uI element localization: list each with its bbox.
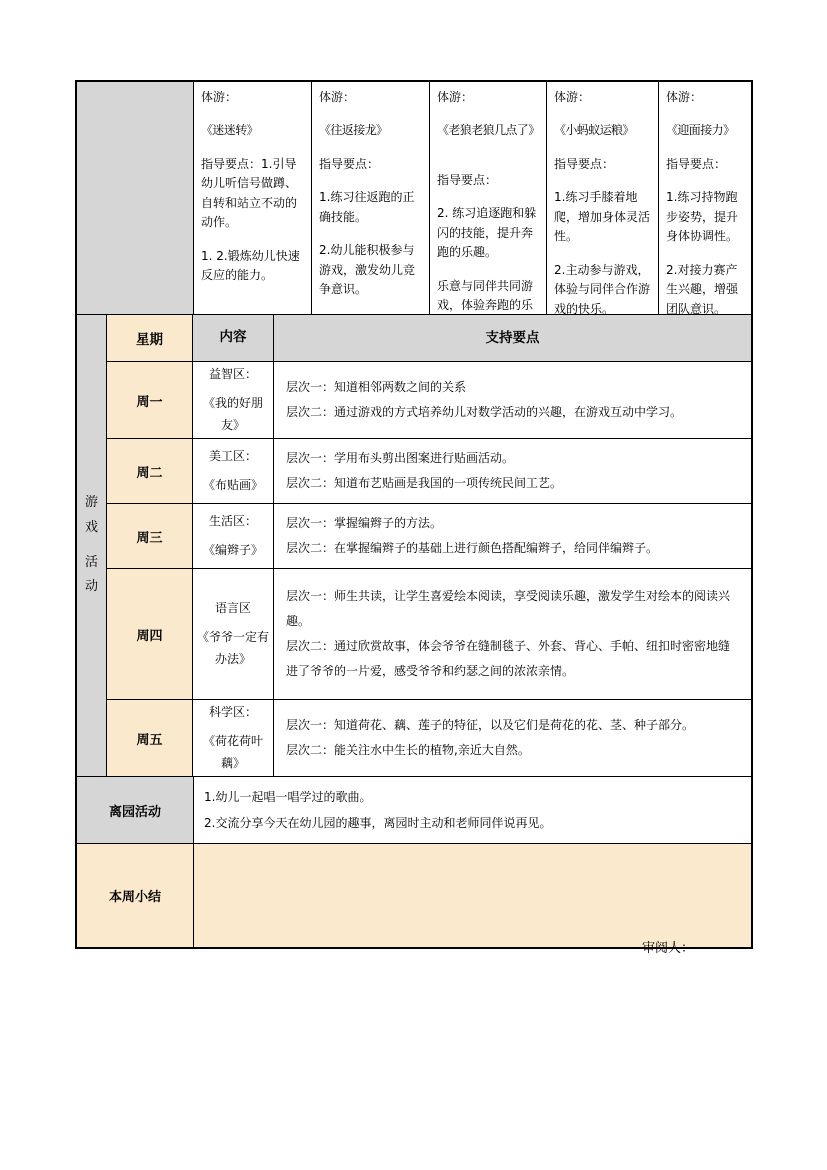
content-cell: 美工区： 《布贴画》 bbox=[193, 439, 274, 503]
support-cell: 层次一：知道荷花、藕、莲子的特征，以及它们是荷花的花、茎、种子部分。 层次二：能… bbox=[274, 700, 751, 776]
day-label: 周二 bbox=[107, 439, 193, 503]
game-column-5: 体游： 《迎面接力》 指导要点： 1.练习持物跑步姿势，提升身体协调性。 2.对… bbox=[659, 82, 751, 314]
support-cell: 层次一：知道相邻两数之间的关系 层次二：通过游戏的方式培养幼儿对数学活动的兴趣，… bbox=[274, 362, 751, 438]
day-label: 周四 bbox=[107, 569, 193, 699]
level-one: 层次一：掌握编辫子的方法。 bbox=[286, 511, 739, 536]
weeks-block: 游戏 活动 星期 内容 支持要点 周一 益智区： 《我的好朋友》 层次一：知道相 bbox=[77, 315, 751, 777]
game-column-1: 体游： 《迷迷转》 指导要点：1.引导幼儿听信号做蹲、自转和站立不动的动作。 1… bbox=[194, 82, 312, 314]
game-title: 《往返接龙》 bbox=[319, 121, 423, 140]
game-point: 指导要点： bbox=[554, 155, 652, 174]
game-title: 《老狼老狼几点了》 bbox=[437, 121, 540, 140]
header-content: 内容 bbox=[193, 315, 274, 361]
area-label: 科学区： bbox=[209, 701, 257, 724]
game-title: 《迎面接力》 bbox=[666, 121, 745, 140]
game-column-3: 体游： 《老狼老狼几点了》 指导要点： 2. 练习追逐跑和躲闪的技能，提升奔跑的… bbox=[430, 82, 547, 314]
level-two: 层次二：在掌握编辫子的基础上进行颜色搭配编辫子，给同伴编辫子。 bbox=[286, 536, 739, 561]
day-label: 周五 bbox=[107, 700, 193, 776]
game-point: 指导要点：1.引导幼儿听信号做蹲、自转和站立不动的动作。 bbox=[201, 155, 305, 233]
header-week: 星期 bbox=[107, 315, 193, 361]
game-point: 指导要点： bbox=[666, 155, 745, 174]
leave-item: 2.交流分享今天在幼儿园的趣事，离园时主动和老师同伴说再见。 bbox=[204, 813, 741, 833]
weeks-header-row: 星期 内容 支持要点 bbox=[107, 315, 751, 362]
game-point: 1. 2.锻炼幼儿快速反应的能力。 bbox=[201, 247, 305, 286]
activity-title: 《荷花荷叶藕》 bbox=[196, 730, 270, 776]
game-column-4: 体游： 《小蚂蚁运粮》 指导要点： 1.练习手膝着地爬，增加身体灵活性。 2.主… bbox=[547, 82, 659, 314]
game-column-2: 体游： 《往返接龙》 指导要点： 1.练习往返跑的正确技能。 2.幼儿能积极参与… bbox=[312, 82, 430, 314]
games-row: 体游： 《迷迷转》 指导要点：1.引导幼儿听信号做蹲、自转和站立不动的动作。 1… bbox=[77, 82, 751, 315]
game-category: 体游： bbox=[554, 88, 652, 107]
weekly-summary-row: 本周小结 bbox=[77, 844, 751, 947]
game-point: 2.对接力赛产生兴趣，增强团队意识。 bbox=[666, 261, 745, 314]
week-row-wednesday: 周三 生活区： 《编辫子》 层次一：掌握编辫子的方法。 层次二：在掌握编辫子的基… bbox=[107, 504, 751, 569]
spacer bbox=[437, 155, 540, 171]
leave-activities-row: 离园活动 1.幼儿一起唱一唱学过的歌曲。 2.交流分享今天在幼儿园的趣事，离园时… bbox=[77, 777, 751, 844]
game-category: 体游： bbox=[201, 88, 305, 107]
game-title: 《迷迷转》 bbox=[201, 121, 305, 140]
day-label: 周一 bbox=[107, 362, 193, 438]
area-label: 益智区： bbox=[209, 363, 257, 386]
level-one: 层次一：知道相邻两数之间的关系 bbox=[286, 375, 739, 400]
game-point: 1.练习手膝着地爬，增加身体灵活性。 bbox=[554, 188, 652, 246]
activity-title: 《我的好朋友》 bbox=[196, 392, 270, 438]
content-cell: 科学区： 《荷花荷叶藕》 bbox=[193, 700, 274, 776]
sidebar-word-games: 游戏 bbox=[84, 491, 99, 540]
activity-title: 《布贴画》 bbox=[203, 474, 263, 497]
top-left-spacer-cell bbox=[77, 82, 194, 314]
level-two: 层次二：知道布艺贴画是我国的一项传统民间工艺。 bbox=[286, 471, 739, 496]
sidebar-word-activities: 活动 bbox=[84, 551, 99, 600]
level-one: 层次一：知道荷花、藕、莲子的特征，以及它们是荷花的花、茎、种子部分。 bbox=[286, 713, 739, 738]
week-row-tuesday: 周二 美工区： 《布贴画》 层次一：学用布头剪出图案进行贴画活动。 层次二：知道… bbox=[107, 439, 751, 504]
sidebar-games-activities: 游戏 活动 bbox=[77, 315, 107, 776]
content-cell: 益智区： 《我的好朋友》 bbox=[193, 362, 274, 438]
week-row-monday: 周一 益智区： 《我的好朋友》 层次一：知道相邻两数之间的关系 层次二：通过游戏… bbox=[107, 362, 751, 439]
level-two: 层次二：通过游戏的方式培养幼儿对数学活动的兴趣，在游戏互动中学习。 bbox=[286, 400, 739, 425]
day-label: 周三 bbox=[107, 504, 193, 568]
game-point: 1.练习持物跑步姿势，提升身体协调性。 bbox=[666, 188, 745, 246]
level-two: 层次二：能关注水中生长的植物,亲近大自然。 bbox=[286, 738, 739, 763]
game-title: 《小蚂蚁运粮》 bbox=[554, 121, 652, 140]
weekly-summary-label: 本周小结 bbox=[77, 844, 194, 947]
game-point: 1.练习往返跑的正确技能。 bbox=[319, 188, 423, 227]
content-cell: 生活区： 《编辫子》 bbox=[193, 504, 274, 568]
week-row-friday: 周五 科学区： 《荷花荷叶藕》 层次一：知道荷花、藕、莲子的特征，以及它们是荷花… bbox=[107, 700, 751, 776]
game-point: 指导要点： bbox=[319, 155, 423, 174]
document-page: 体游： 《迷迷转》 指导要点：1.引导幼儿听信号做蹲、自转和站立不动的动作。 1… bbox=[0, 0, 827, 1170]
game-point: 2.幼儿能积极参与游戏，激发幼儿竞争意识。 bbox=[319, 241, 423, 299]
game-category: 体游： bbox=[666, 88, 745, 107]
game-category: 体游： bbox=[319, 88, 423, 107]
support-cell: 层次一：学用布头剪出图案进行贴画活动。 层次二：知道布艺贴画是我国的一项传统民间… bbox=[274, 439, 751, 503]
reviewer-label: 审阅人： bbox=[642, 937, 694, 956]
week-row-thursday: 周四 语言区 《爷爷一定有办法》 层次一：师生共读，让学生喜爱绘本阅读，享受阅读… bbox=[107, 569, 751, 700]
leave-activities-label: 离园活动 bbox=[77, 777, 194, 843]
weekly-plan-table: 体游： 《迷迷转》 指导要点：1.引导幼儿听信号做蹲、自转和站立不动的动作。 1… bbox=[75, 80, 753, 949]
support-cell: 层次一：掌握编辫子的方法。 层次二：在掌握编辫子的基础上进行颜色搭配编辫子，给同… bbox=[274, 504, 751, 568]
game-point: 乐意与同伴共同游戏，体验奔跑的乐趣。 bbox=[437, 277, 540, 314]
game-point: 指导要点： bbox=[437, 171, 540, 190]
activity-title: 《编辫子》 bbox=[203, 539, 263, 562]
game-point: 2.主动参与游戏，体验与同伴合作游戏的快乐。 bbox=[554, 261, 652, 314]
weekly-summary-content bbox=[194, 844, 751, 947]
leave-item: 1.幼儿一起唱一唱学过的歌曲。 bbox=[204, 787, 741, 807]
level-two: 层次二：通过欣赏故事，体会爷爷在缝制毯子、外套、背心、手帕、纽扣时密密地缝进了爷… bbox=[286, 634, 739, 684]
support-cell: 层次一：师生共读，让学生喜爱绘本阅读，享受阅读乐趣，激发学生对绘本的阅读兴趣。 … bbox=[274, 569, 751, 699]
activity-title: 《爷爷一定有办法》 bbox=[196, 626, 270, 672]
content-cell: 语言区 《爷爷一定有办法》 bbox=[193, 569, 274, 699]
game-point: 2. 练习追逐跑和躲闪的技能，提升奔跑的乐趣。 bbox=[437, 204, 540, 262]
area-label: 美工区： bbox=[209, 445, 257, 468]
leave-activities-content: 1.幼儿一起唱一唱学过的歌曲。 2.交流分享今天在幼儿园的趣事，离园时主动和老师… bbox=[194, 777, 751, 843]
level-one: 层次一：师生共读，让学生喜爱绘本阅读，享受阅读乐趣，激发学生对绘本的阅读兴趣。 bbox=[286, 584, 739, 634]
area-label: 语言区 bbox=[215, 597, 251, 620]
game-category: 体游： bbox=[437, 88, 540, 107]
weeks-table: 星期 内容 支持要点 周一 益智区： 《我的好朋友》 层次一：知道相邻两数之间的… bbox=[107, 315, 751, 776]
area-label: 生活区： bbox=[209, 510, 257, 533]
header-support-points: 支持要点 bbox=[274, 315, 751, 361]
level-one: 层次一：学用布头剪出图案进行贴画活动。 bbox=[286, 446, 739, 471]
